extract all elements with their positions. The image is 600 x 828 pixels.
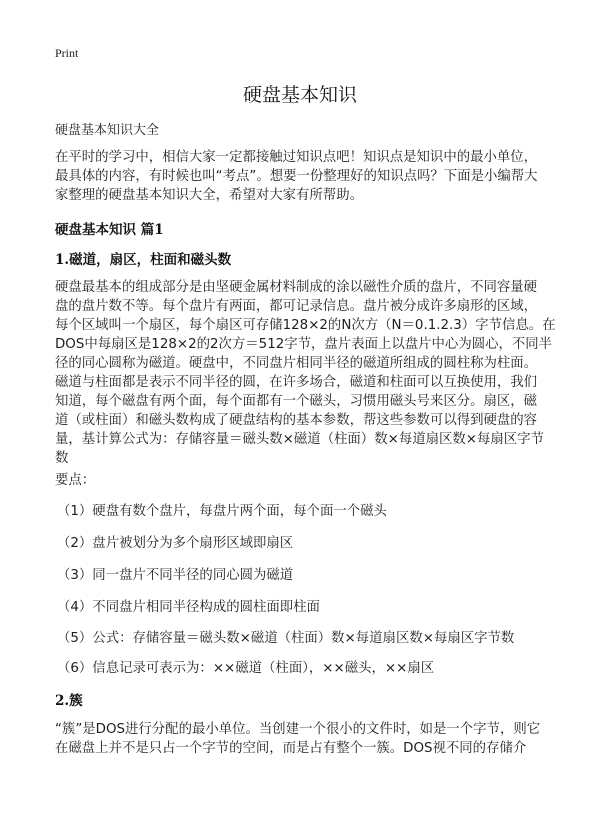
section1-body: 硬盘最基本的组成部分是由坚硬金属材料制成的涂以磁性介质的盘片，不同容量硬 盘的盘… — [55, 278, 550, 468]
key-points-label: 要点： — [55, 469, 95, 488]
document-page: Print 硬盘基本知识 硬盘基本知识大全 在平时的学习中，相信大家一定都接触过… — [0, 0, 600, 828]
key-point-item: （2）盘片被划分为多个扇形区域即扇区 — [57, 532, 293, 551]
body-line: “簇”是DOS进行分配的最小单位。当创建一个很小的文件时，如是一个字节，则它 — [55, 720, 550, 739]
body-line: 数 — [55, 449, 550, 468]
document-subtitle: 硬盘基本知识大全 — [55, 119, 159, 138]
subsection-heading-cluster: 2.簇 — [55, 689, 83, 709]
body-line: 在磁盘上并不是只占一个字节的空间，而是占有整个一簇。DOS视不同的存储介 — [55, 739, 550, 758]
intro-line: 家整理的硬盘基本知识大全，希望对大家有所帮助。 — [55, 186, 550, 205]
key-point-item: （5）公式：存储容量＝磁头数×磁道（柱面）数×每道扇区数×每扇区字节数 — [57, 627, 514, 646]
key-point-item: （3）同一盘片不同半径的同心圆为磁道 — [57, 564, 293, 583]
print-link[interactable]: Print — [55, 46, 78, 61]
body-line: 硬盘最基本的组成部分是由坚硬金属材料制成的涂以磁性介质的盘片，不同容量硬 — [55, 278, 550, 297]
body-line: 每个区域叫一个扇区，每个扇区可存储128×2的N次方（N＝0.1.2.3）字节信… — [55, 316, 550, 335]
section-heading: 硬盘基本知识 篇1 — [55, 218, 164, 238]
subsection-heading-tracks: 1.磁道，扇区，柱面和磁头数 — [55, 248, 231, 268]
intro-line: 在平时的学习中，相信大家一定都接触过知识点吧！知识点是知识中的最小单位， — [55, 148, 550, 167]
intro-paragraph: 在平时的学习中，相信大家一定都接触过知识点吧！知识点是知识中的最小单位， 最具体… — [55, 148, 550, 205]
key-point-item: （1）硬盘有数个盘片，每盘片两个面，每个面一个磁头 — [57, 500, 387, 519]
body-line: 磁道与柱面都是表示不同半径的圆，在许多场合，磁道和柱面可以互换使用，我们 — [55, 373, 550, 392]
body-line: 径的同心圆称为磁道。硬盘中，不同盘片相同半径的磁道所组成的圆柱称为柱面。 — [55, 354, 550, 373]
body-line: 知道，每个磁盘有两个面，每个面都有一个磁头，习惯用磁头号来区分。扇区，磁 — [55, 392, 550, 411]
body-line: 盘的盘片数不等。每个盘片有两面，都可记录信息。盘片被分成许多扇形的区域， — [55, 297, 550, 316]
page-title: 硬盘基本知识 — [0, 80, 600, 107]
body-line: 道（或柱面）和磁头数构成了硬盘结构的基本参数，帮这些参数可以得到硬盘的容 — [55, 411, 550, 430]
body-line: DOS中每扇区是128×2的2次方＝512字节，盘片表面上以盘片中心为圆心，不同… — [55, 335, 550, 354]
intro-line: 最具体的内容，有时候也叫“考点”。想要一份整理好的知识点吗？下面是小编帮大 — [55, 167, 550, 186]
section2-body: “簇”是DOS进行分配的最小单位。当创建一个很小的文件时，如是一个字节，则它 在… — [55, 720, 550, 758]
key-point-item: （4）不同盘片相同半径构成的圆柱面即柱面 — [57, 596, 320, 615]
body-line: 量，基计算公式为：存储容量＝磁头数×磁道（柱面）数×每道扇区数×每扇区字节 — [55, 430, 550, 449]
key-point-item: （6）信息记录可表示为：××磁道（柱面），××磁头，××扇区 — [57, 657, 434, 676]
